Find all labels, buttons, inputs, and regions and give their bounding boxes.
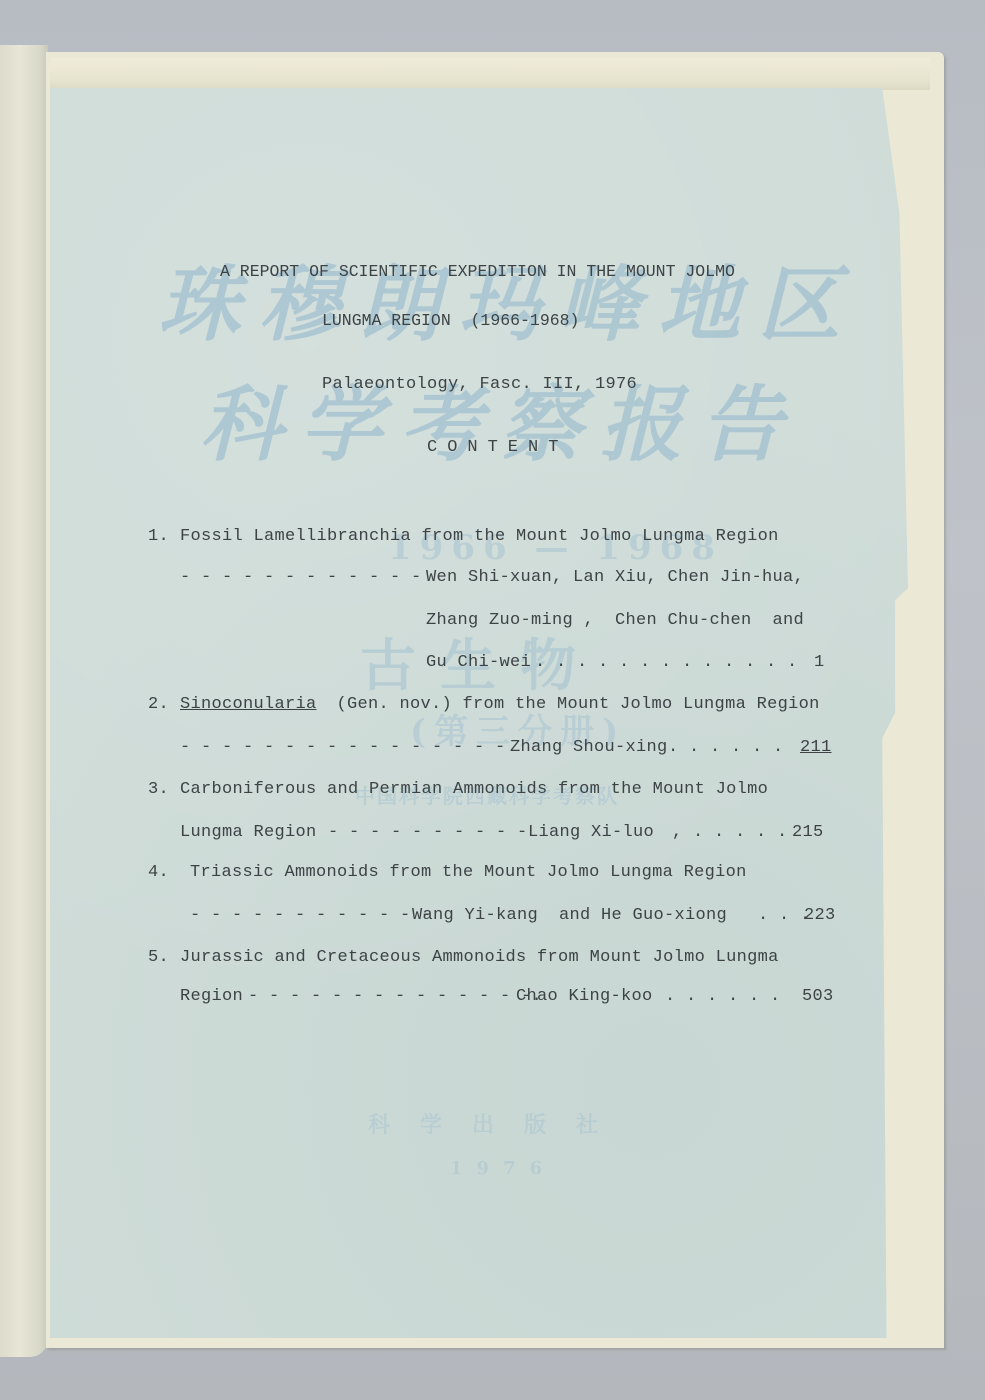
toc-leader: - - - - - - - - - - - - <box>190 906 432 925</box>
report-title-line2: LUNGMA REGION (1966-1968) <box>322 311 579 330</box>
toc-dots: . . . . . . <box>668 738 784 757</box>
left-book-page-edge <box>0 45 48 1357</box>
toc-title-genus: Sinoconularia <box>180 695 317 714</box>
toc-leader: - - - - - - - - - - - - <box>180 568 422 587</box>
toc-title: Triassic Ammonoids from the Mount Jolmo … <box>190 863 747 882</box>
toc-dots: . . . . . . . . . . . . . <box>535 653 798 672</box>
toc-title: Fossil Lamellibranchia from the Mount Jo… <box>180 527 779 546</box>
toc-authors: Wen Shi-xuan, Lan Xiu, Chen Jin-hua, <box>426 568 804 587</box>
toc-authors: Gu Chi-wei <box>426 653 531 672</box>
toc-authors: Zhang Shou-xing <box>510 738 668 757</box>
report-title-line1: A REPORT OF SCIENTIFIC EXPEDITION IN THE… <box>220 262 735 281</box>
toc-dots: , . . . . . <box>672 823 788 842</box>
toc-title: Carboniferous and Permian Ammonoids from… <box>180 780 768 799</box>
toc-leader: - - - - - - - - - - <box>328 823 528 842</box>
toc-number: 1. <box>148 527 169 546</box>
toc-page: 503 <box>802 987 834 1006</box>
toc-authors: Liang Xi-luo <box>528 823 654 842</box>
toc-title: Jurassic and Cretaceous Ammonoids from M… <box>180 948 779 967</box>
toc-title: Region <box>180 987 243 1006</box>
toc-title: (Gen. nov.) from the Mount Jolmo Lungma … <box>326 695 820 714</box>
toc-authors: Wang Yi-kang and He Guo-xiong <box>412 906 727 925</box>
toc-authors: Chao King-koo <box>516 987 653 1006</box>
toc-leader: - - - - - - - - - - - - - - - - <box>180 738 506 757</box>
toc-number: 5. <box>148 948 169 967</box>
report-subtitle: Palaeontology, Fasc. III, 1976 <box>322 375 637 394</box>
toc-page: 211 <box>800 738 832 757</box>
toc-number: 2. <box>148 695 169 714</box>
toc-authors: Zhang Zuo-ming , Chen Chu-chen and <box>426 611 804 630</box>
toc-number: 4. <box>148 863 169 882</box>
toc-page: 1 <box>814 653 825 672</box>
toc-title: Lungma Region <box>180 823 317 842</box>
toc-number: 3. <box>148 780 169 799</box>
toc-dots: . . . <box>758 906 811 925</box>
contents-heading: CONTENT <box>427 438 568 457</box>
toc-page: 223 <box>804 906 836 925</box>
toc-leader: - - - - - - - - - - - - - -. <box>248 987 542 1006</box>
torn-top-strip <box>50 58 930 90</box>
toc-page: 215 <box>792 823 824 842</box>
toc-dots: . . . . . . <box>665 987 781 1006</box>
